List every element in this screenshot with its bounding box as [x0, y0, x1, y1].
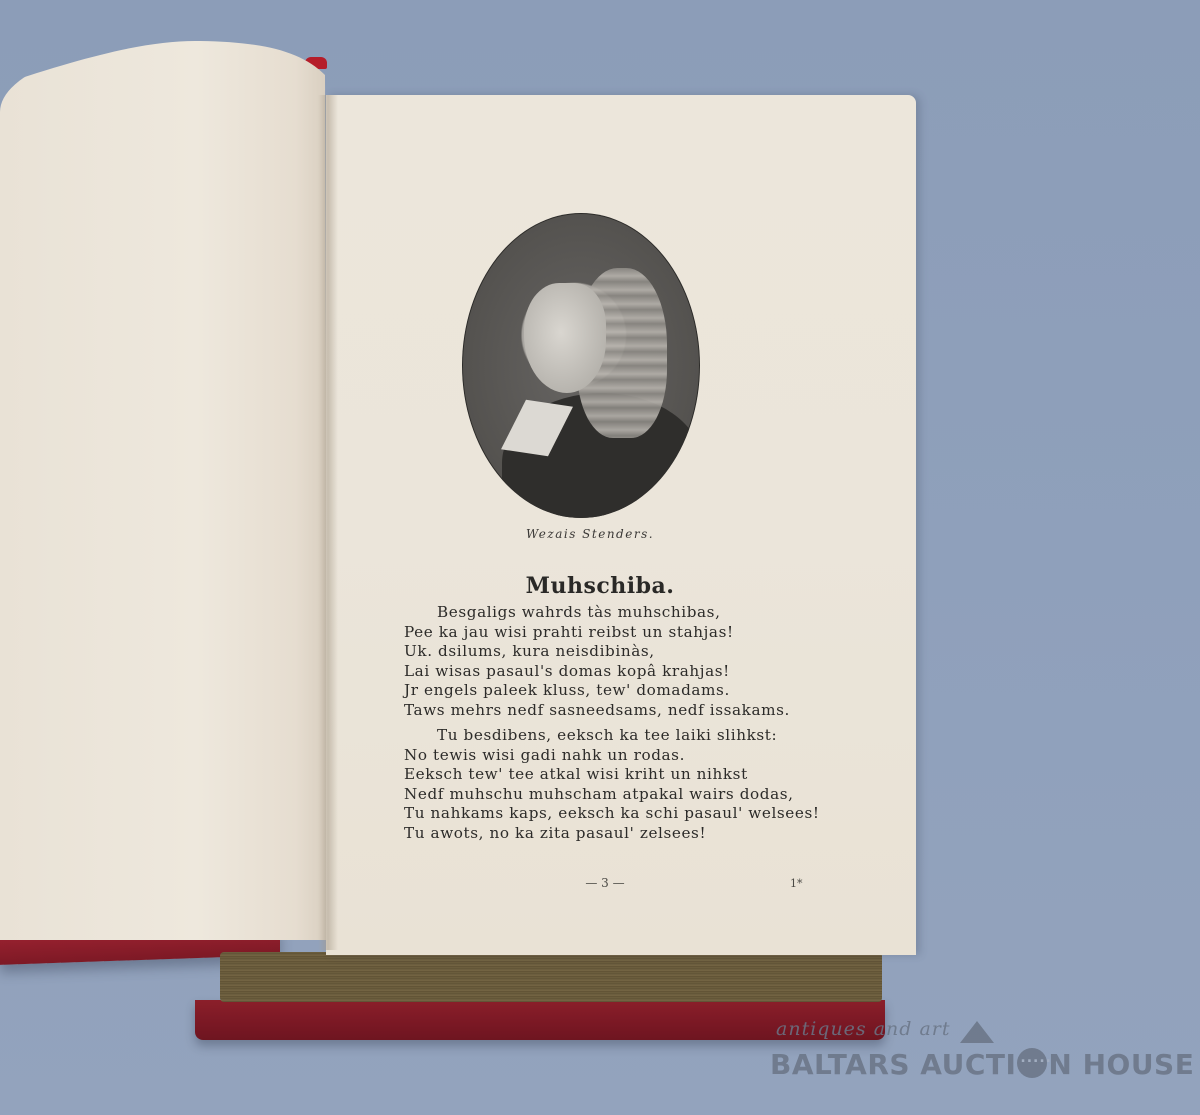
poem-line: Jr engels paleek kluss, tew' domadams. [404, 681, 864, 701]
auction-house-watermark: antiques and art BALTARS AUCTIN HOUSE [770, 1018, 1130, 1088]
book-photo-scene: Wezais Stenders. Muhschiba. Besgaligs wa… [0, 0, 1200, 1115]
logo-o-icon [1017, 1048, 1047, 1078]
poem-line: Lai wisas pasaul's domas kopâ krahjas! [404, 662, 864, 682]
page-number: — 3 — [565, 876, 645, 890]
watermark-name-part1: BALTARS AUCTI [770, 1048, 1016, 1081]
watermark-tagline: antiques and art [776, 1018, 951, 1040]
crown-icon [960, 1021, 994, 1043]
book-gutter [318, 95, 338, 950]
printer-signature-mark: 1* [790, 877, 803, 890]
poem-line: Pee ka jau wisi prahti reibst un stahjas… [404, 623, 864, 643]
poem-line: Nedf muhschu muhscham atpakal wairs doda… [404, 785, 864, 805]
watermark-name-part2: N HOUSE [1048, 1048, 1194, 1081]
portrait-caption: Wezais Stenders. [490, 527, 690, 541]
poem-line: Tu awots, no ka zita pasaul' zelsees! [404, 824, 864, 844]
watermark-name: BALTARS AUCTIN HOUSE [770, 1048, 1194, 1081]
poem-line: Eeksch tew' tee atkal wisi kriht un nihk… [404, 765, 864, 785]
poem-body: Besgaligs wahrds tàs muhschibas, Pee ka … [404, 603, 864, 843]
poem-line: Tu nahkams kaps, eeksch ka schi pasaul' … [404, 804, 864, 824]
poem-line: Tu besdibens, eeksch ka tee laiki slihks… [404, 726, 864, 746]
poem-line: No tewis wisi gadi nahk un rodas. [404, 746, 864, 766]
page-block-edge [220, 952, 882, 1002]
left-page-blank [0, 40, 328, 940]
poem-title: Muhschiba. [520, 573, 680, 599]
portrait-face-profile [524, 283, 606, 393]
poem-line: Taws mehrs nedf sasneedsams, nedf issaka… [404, 701, 864, 721]
portrait-engraving-oval [462, 213, 700, 518]
poem-line: Besgaligs wahrds tàs muhschibas, [404, 603, 864, 623]
poem-line: Uk. dsilums, kura neisdibinàs, [404, 642, 864, 662]
